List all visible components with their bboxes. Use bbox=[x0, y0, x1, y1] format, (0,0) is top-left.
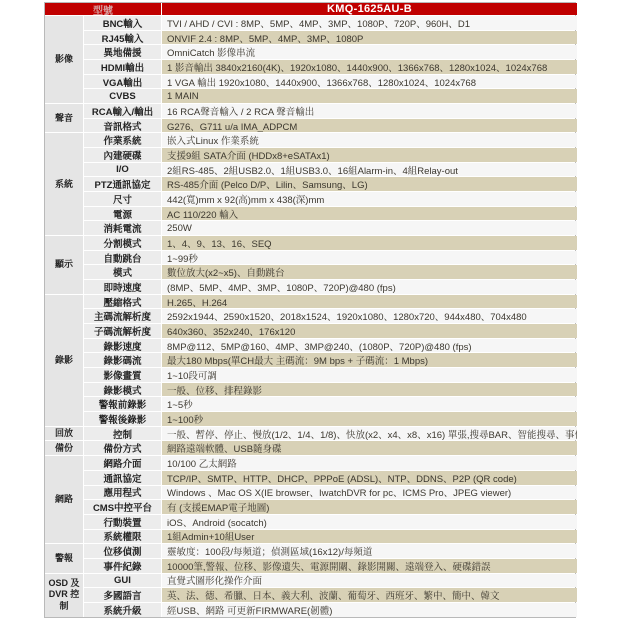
spec-label-cell: 影像畫質 bbox=[84, 368, 161, 382]
spec-label-cell: RCA輸入/輸出 bbox=[84, 104, 161, 118]
spec-value-cell: 英、法、德、希臘、日本、義大利、波蘭、葡萄牙、西班牙、繁中、簡中、韓文 bbox=[162, 588, 577, 602]
spec-label-cell: CVBS bbox=[84, 89, 161, 103]
category-cell: OSD 及 DVR 控制 bbox=[45, 574, 83, 617]
spec-value-cell: H.265、H.264 bbox=[162, 295, 577, 309]
spec-label-cell: 通訊協定 bbox=[84, 471, 161, 485]
spec-value-cell: 1 MAIN bbox=[162, 89, 577, 103]
spec-value-cell: 1 影音輸出 3840x2160(4K)、1920x1080、1440x900、… bbox=[162, 60, 577, 74]
spec-label-cell: 作業系統 bbox=[84, 133, 161, 147]
spec-value-cell: (8MP、5MP、4MP、3MP、1080P、720P)@480 (fps) bbox=[162, 280, 577, 294]
spec-label-cell: 分割模式 bbox=[84, 236, 161, 250]
spec-value-cell: RS-485介面 (Pelco D/P、Lilin、Samsung、LG) bbox=[162, 177, 577, 191]
spec-value-cell: 經USB、網路 可更新FIRMWARE(韌體) bbox=[162, 603, 577, 617]
spec-label-cell: 備份方式 bbox=[84, 441, 161, 455]
category-cell: 系統 bbox=[45, 133, 83, 235]
spec-value-cell: 嵌入式Linux 作業系統 bbox=[162, 133, 577, 147]
category-cell: 聲音 bbox=[45, 104, 83, 132]
spec-label-cell: BNC輸入 bbox=[84, 16, 161, 30]
spec-label-cell: 系統升級 bbox=[84, 603, 161, 617]
spec-value-cell: 1組Admin+10組User bbox=[162, 530, 577, 544]
spec-value-cell: AC 110/220 輸入 bbox=[162, 207, 577, 221]
model-header-label: 型號 bbox=[45, 3, 161, 15]
spec-value-cell: 有 (支援EMAP電子地圖) bbox=[162, 500, 577, 514]
spec-label-cell: 控制 bbox=[84, 427, 161, 441]
spec-sheet-page: { "header": { "col_label": "型號", "model"… bbox=[0, 0, 620, 620]
spec-label-cell: I/O bbox=[84, 163, 161, 177]
spec-label-cell: 子碼流解析度 bbox=[84, 324, 161, 338]
spec-value-cell: 最大180 Mbps(單CH最大 主碼流：9M bps + 子碼流：1 Mbps… bbox=[162, 353, 577, 367]
spec-label-cell: 主碼流解析度 bbox=[84, 309, 161, 323]
spec-label-cell: 即時速度 bbox=[84, 280, 161, 294]
spec-value-cell: 10000筆,警報、位移、影像遺失、電源開關、錄影開關、遠端登入、硬碟錯誤 bbox=[162, 559, 577, 573]
category-cell: 備份 bbox=[45, 441, 83, 455]
spec-label-cell: 電源 bbox=[84, 207, 161, 221]
spec-label-cell: 尺寸 bbox=[84, 192, 161, 206]
spec-label-cell: 錄影碼流 bbox=[84, 353, 161, 367]
spec-value-cell: 數位放大(x2~x5)、自動跳台 bbox=[162, 265, 577, 279]
spec-label-cell: 位移偵測 bbox=[84, 544, 161, 558]
spec-label-cell: 警報前錄影 bbox=[84, 397, 161, 411]
spec-label-cell: 異地備援 bbox=[84, 45, 161, 59]
spec-value-cell: 靈敏度：100段/每頻道；偵測區域(16x12)/每頻道 bbox=[162, 544, 577, 558]
spec-label-cell: 網路介面 bbox=[84, 456, 161, 470]
spec-value-cell: OmniCatch 影像串流 bbox=[162, 45, 577, 59]
spec-label-cell: 壓縮格式 bbox=[84, 295, 161, 309]
spec-label-cell: 內建硬碟 bbox=[84, 148, 161, 162]
spec-label-cell: 事件紀錄 bbox=[84, 559, 161, 573]
spec-label-cell: 音訊格式 bbox=[84, 119, 161, 133]
spec-value-cell: iOS、Android (socatch) bbox=[162, 515, 577, 529]
spec-label-cell: 消耗電流 bbox=[84, 221, 161, 235]
spec-label-cell: 系統權限 bbox=[84, 530, 161, 544]
spec-label-cell: 錄影模式 bbox=[84, 383, 161, 397]
spec-label-cell: 自動跳台 bbox=[84, 251, 161, 265]
spec-value-cell: 16 RCA聲音輸入 / 2 RCA 聲音輸出 bbox=[162, 104, 577, 118]
category-cell: 警報 bbox=[45, 544, 83, 572]
spec-value-cell: 一般、暫停、停止、慢放(1/2、1/4、1/8)、快放(x2、x4、x8、x16… bbox=[162, 427, 577, 441]
category-cell: 影像 bbox=[45, 16, 83, 103]
spec-label-cell: CMS中控平台 bbox=[84, 500, 161, 514]
spec-label-cell: 模式 bbox=[84, 265, 161, 279]
spec-label-cell: 行動裝置 bbox=[84, 515, 161, 529]
spec-value-cell: 2組RS-485、2組USB2.0、1組USB3.0、16組Alarm-in、4… bbox=[162, 163, 577, 177]
spec-value-cell: 直覺式圖形化操作介面 bbox=[162, 574, 577, 588]
spec-value-cell: 網路遠端軟體、USB隨身碟 bbox=[162, 441, 577, 455]
spec-label-cell: HDMI輸出 bbox=[84, 60, 161, 74]
spec-value-cell: 250W bbox=[162, 221, 577, 235]
spec-value-cell: 1~100秒 bbox=[162, 412, 577, 426]
category-cell: 顯示 bbox=[45, 236, 83, 294]
spec-label-cell: GUI bbox=[84, 574, 161, 588]
spec-value-cell: 8MP@112、5MP@160、4MP、3MP@240、(1080P、720P)… bbox=[162, 339, 577, 353]
spec-value-cell: 2592x1944、2590x1520、2018x1524、1920x1080、… bbox=[162, 309, 577, 323]
spec-label-cell: 應用程式 bbox=[84, 486, 161, 500]
spec-value-cell: G276、G711 u/a IMA_ADPCM bbox=[162, 119, 577, 133]
spec-value-cell: 442(寬)mm x 92(高)mm x 438(深)mm bbox=[162, 192, 577, 206]
spec-value-cell: 640x360、352x240、176x120 bbox=[162, 324, 577, 338]
spec-value-cell: 支援9組 SATA介面 (HDDx8+eSATAx1) bbox=[162, 148, 577, 162]
spec-value-cell: 10/100 乙太網路 bbox=[162, 456, 577, 470]
spec-value-cell: TVI / AHD / CVI : 8MP、5MP、4MP、3MP、1080P、… bbox=[162, 16, 577, 30]
spec-value-cell: TCP/IP、SMTP、HTTP、DHCP、PPPoE (ADSL)、NTP、D… bbox=[162, 471, 577, 485]
spec-label-cell: PTZ通訊協定 bbox=[84, 177, 161, 191]
spec-label-cell: RJ45輸入 bbox=[84, 31, 161, 45]
spec-value-cell: 1 VGA 輸出 1920x1080、1440x900、1366x768、128… bbox=[162, 75, 577, 89]
spec-value-cell: 1~10段可調 bbox=[162, 368, 577, 382]
spec-value-cell: Windows 、Mac OS X(IE browser、IwatchDVR f… bbox=[162, 486, 577, 500]
category-cell: 回放 bbox=[45, 427, 83, 441]
spec-table: 型號 KMQ-1625AU-B 影像BNC輸入TVI / AHD / CVI :… bbox=[44, 2, 576, 618]
category-cell: 網路 bbox=[45, 456, 83, 543]
model-number: KMQ-1625AU-B bbox=[162, 3, 577, 15]
spec-value-cell: 一般、位移、排程錄影 bbox=[162, 383, 577, 397]
spec-value-cell: ONVIF 2.4 : 8MP、5MP、4MP、3MP、1080P bbox=[162, 31, 577, 45]
spec-label-cell: 錄影速度 bbox=[84, 339, 161, 353]
spec-value-cell: 1、4、9、13、16、SEQ bbox=[162, 236, 577, 250]
spec-label-cell: 警報後錄影 bbox=[84, 412, 161, 426]
spec-label-cell: VGA輸出 bbox=[84, 75, 161, 89]
spec-value-cell: 1~5秒 bbox=[162, 397, 577, 411]
category-cell: 錄影 bbox=[45, 295, 83, 426]
spec-value-cell: 1~99秒 bbox=[162, 251, 577, 265]
spec-label-cell: 多國語言 bbox=[84, 588, 161, 602]
